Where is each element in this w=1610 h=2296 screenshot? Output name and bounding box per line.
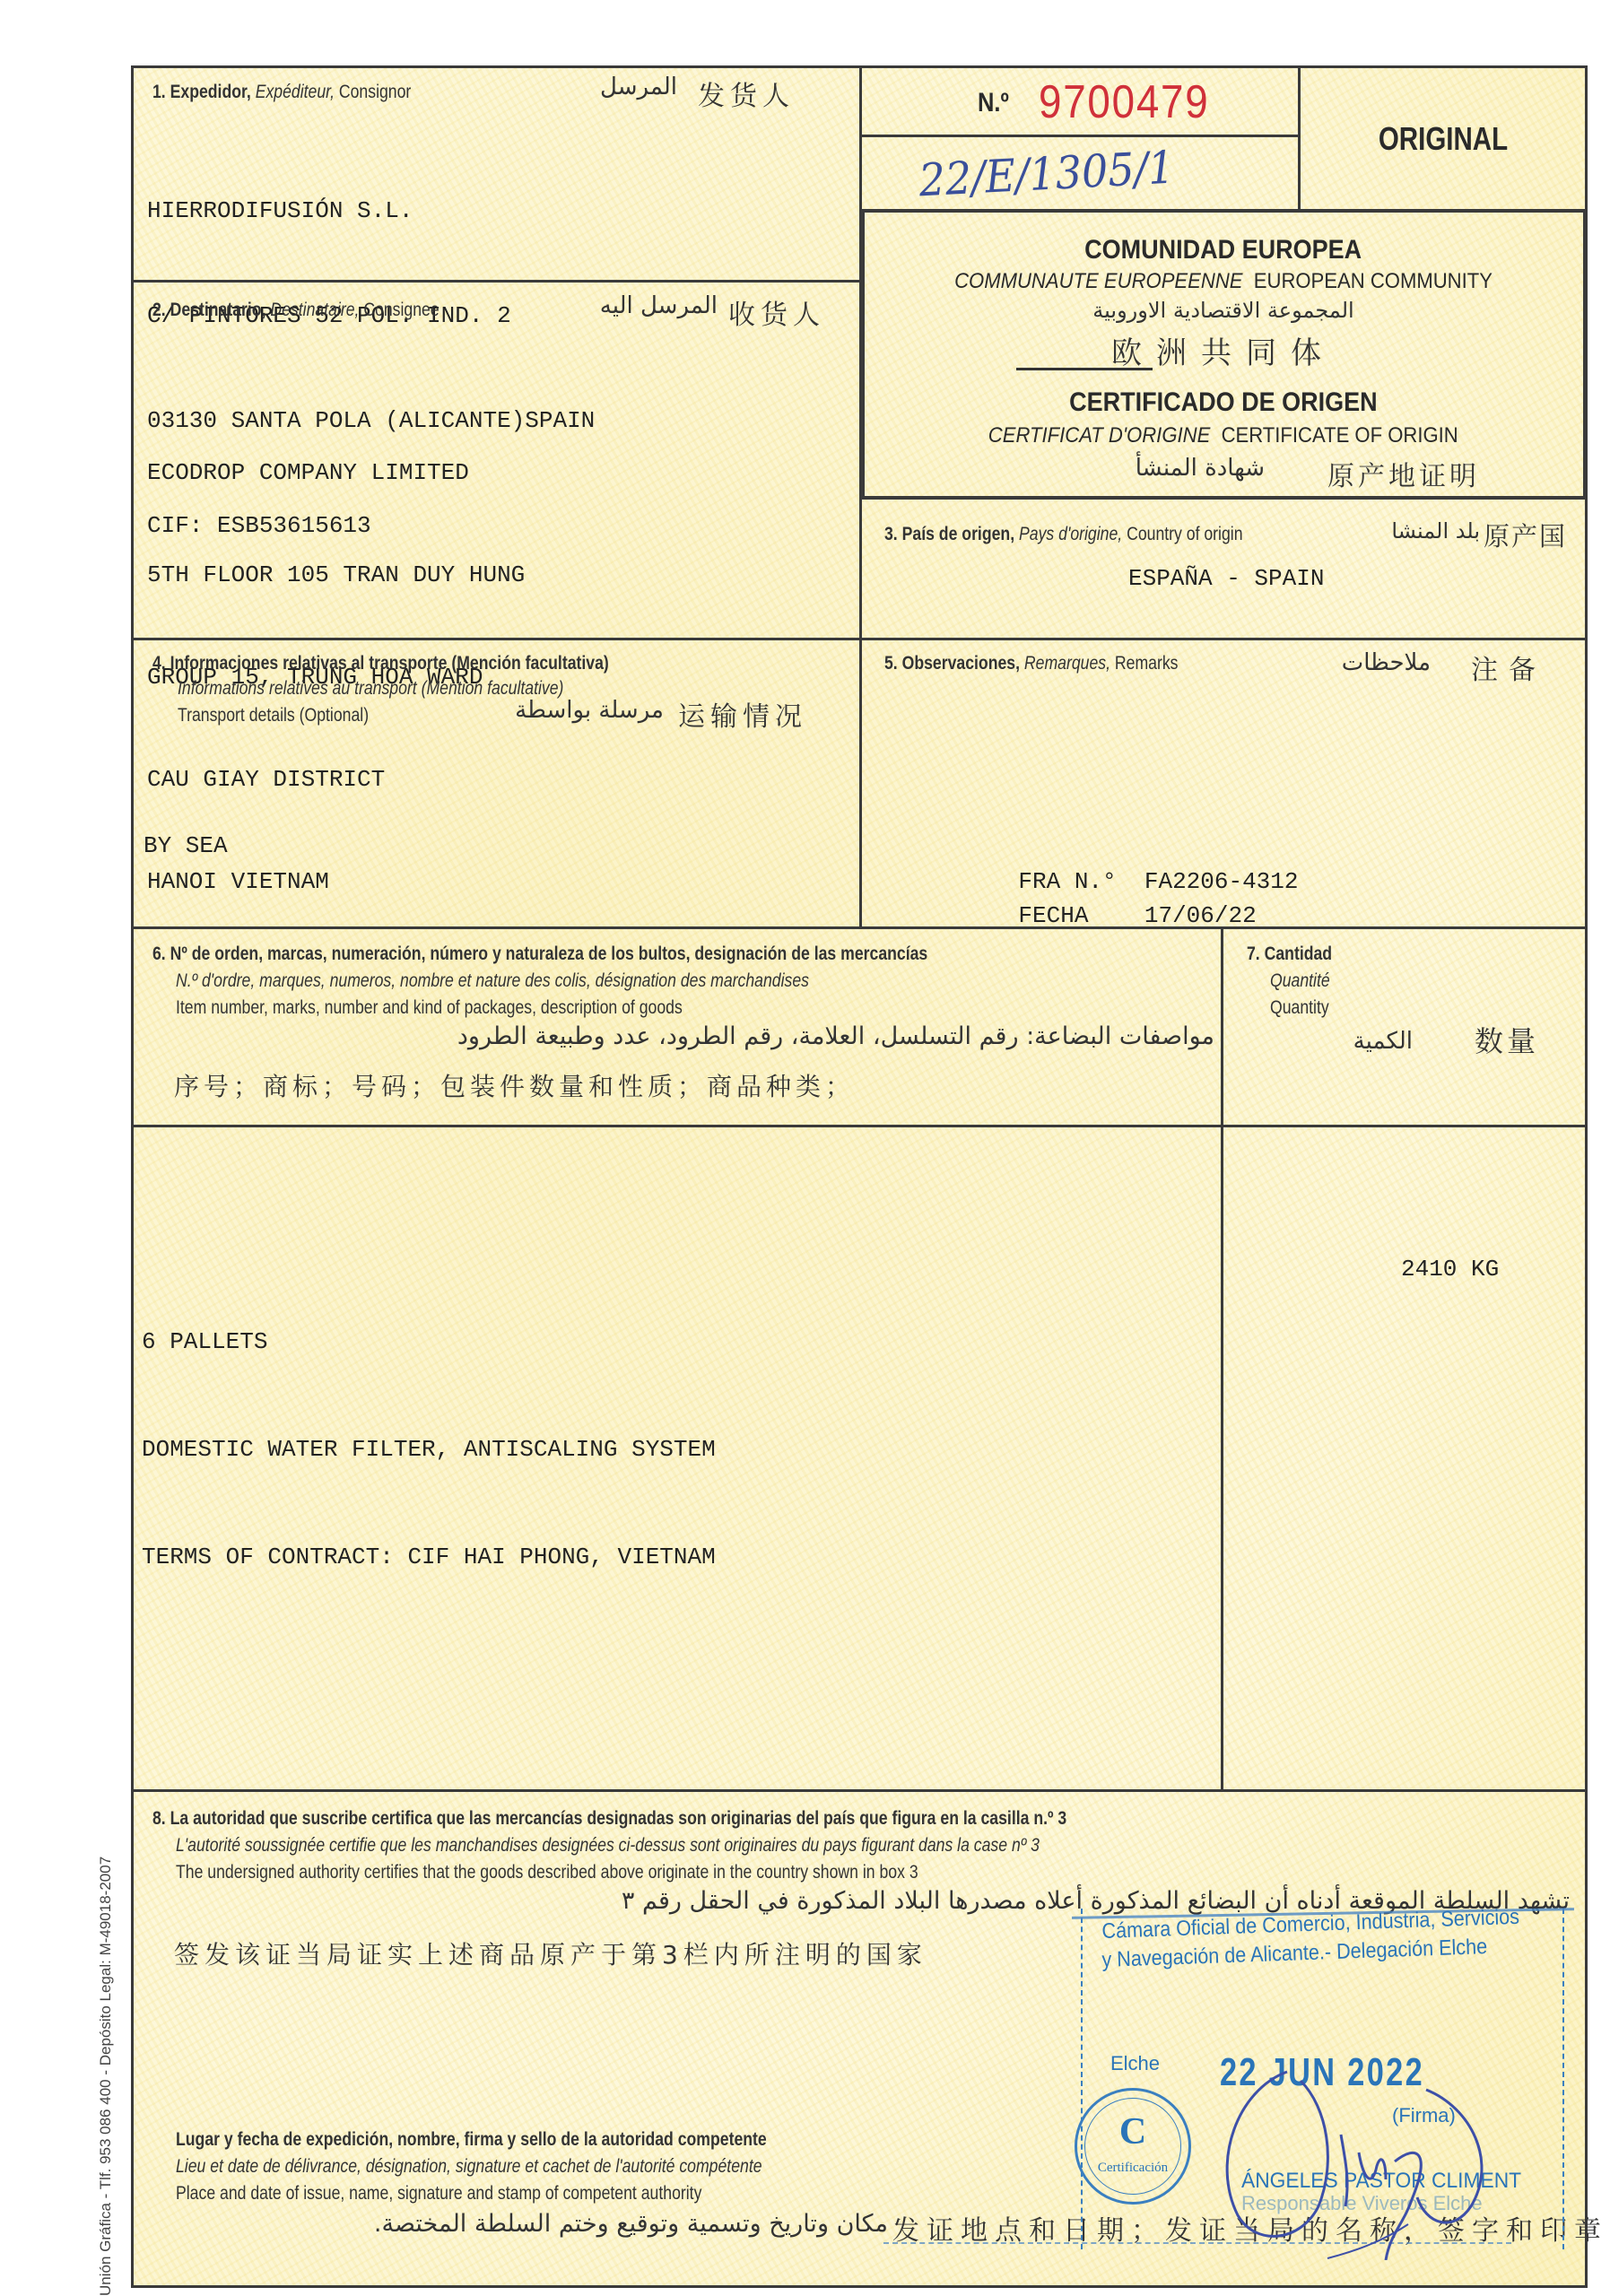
box-5-label-chinese: 注备 bbox=[1471, 648, 1546, 687]
box-3-label-arabic: بلد المنشا bbox=[1332, 518, 1480, 544]
box-4-label-chinese: 运输情况 bbox=[678, 694, 807, 734]
title-certificate: CERTIFICADO DE ORIGEN bbox=[865, 387, 1582, 418]
box-2-label-arabic: المرسل اليه bbox=[525, 292, 718, 319]
place-date-label-arabic: مكان وتاريخ وتسمية وتوقيع وختم السلطة ال… bbox=[135, 2210, 888, 2238]
invoice-date: 17/06/22 bbox=[1144, 902, 1257, 929]
goods-description: 6 PALLETS DOMESTIC WATER FILTER, ANTISCA… bbox=[142, 1252, 716, 1647]
transport-details-value: BY SEA bbox=[144, 829, 228, 864]
title-community-translations: COMMUNAUTE EUROPEENNE EUROPEAN COMMUNITY bbox=[865, 269, 1582, 294]
box-5-label-arabic: ملاحظات bbox=[1269, 649, 1431, 676]
box-3-label-chinese: 原产国 bbox=[1484, 517, 1567, 553]
title-certificate-arabic: شهادة المنشأ bbox=[942, 455, 1265, 482]
country-of-origin-value: ESPAÑA - SPAIN bbox=[1128, 561, 1324, 596]
consignee-city-country: HANOI VIETNAM bbox=[147, 865, 525, 899]
box-1-label-chinese: 发货人 bbox=[698, 74, 795, 113]
quantity-value: 2410 KG bbox=[1401, 1252, 1499, 1287]
printer-margin-note: Unión Gráfica - Tlf. 953 086 400 - Depós… bbox=[97, 1857, 115, 2296]
place-date-label-fr: Lieu et date de délivrance, désignation,… bbox=[176, 2156, 762, 2178]
consignee-address: ECODROP COMPANY LIMITED 5TH FLOOR 105 TR… bbox=[147, 387, 525, 967]
box-7-label: 7. Cantidad bbox=[1247, 944, 1332, 965]
consignor-name: HIERRODIFUSIÓN S.L. bbox=[147, 194, 595, 229]
box-8-label: 8. La autoridad que suscribe certifica q… bbox=[152, 1808, 1066, 1830]
certification-seal: C Certificación bbox=[1075, 2088, 1191, 2205]
signature-scribble bbox=[1202, 2054, 1507, 2260]
number-prefix: N.º bbox=[978, 88, 1009, 118]
seal-c-icon: C bbox=[1077, 2110, 1188, 2153]
box-6-label-chinese: 序号；商标；号码；包装件数量和性质；商品种类； bbox=[174, 1067, 855, 1103]
title-underline bbox=[1016, 368, 1153, 370]
place-date-label-en: Place and date of issue, name, signature… bbox=[176, 2183, 701, 2205]
box-7-label-fr: Quantité bbox=[1270, 970, 1330, 992]
box-6-label-en: Item number, marks, number and kind of p… bbox=[176, 997, 683, 1019]
box-6-label-arabic: مواصفات البضاعة: رقم التسلسل، العلامة، ر… bbox=[145, 1022, 1214, 1050]
box-1-label-arabic: المرسل bbox=[489, 74, 677, 100]
box-4-label-en: Transport details (Optional) bbox=[178, 705, 369, 726]
invoice-date-label: FECHA bbox=[1018, 902, 1088, 929]
package-count: 6 PALLETS bbox=[142, 1324, 716, 1360]
invoice-date-row: FECHA 17/06/22 bbox=[962, 864, 1257, 969]
box-7-label-en: Quantity bbox=[1270, 997, 1329, 1019]
box-8-cert-fr: L'autorité soussignée certifie que les m… bbox=[176, 1835, 1040, 1857]
box-1-label: 1. Expedidor, Expéditeur, Consignor bbox=[152, 82, 411, 103]
box-2-label: 2. Destinatario, Destinataire, Consignee bbox=[152, 300, 439, 321]
title-community: COMUNIDAD EUROPEA bbox=[865, 235, 1582, 265]
box-6-label: 6. Nº de orden, marcas, numeración, núme… bbox=[152, 944, 927, 965]
contract-terms: TERMS OF CONTRACT: CIF HAI PHONG, VIETNA… bbox=[142, 1539, 716, 1575]
box-8-cert-en: The undersigned authority certifies that… bbox=[176, 1862, 918, 1883]
consignee-district: CAU GIAY DISTRICT bbox=[147, 762, 525, 796]
consignee-name: ECODROP COMPANY LIMITED bbox=[147, 456, 525, 490]
copy-type-original: ORIGINAL bbox=[1301, 120, 1586, 158]
box-7-label-arabic: الكمية bbox=[1278, 1028, 1413, 1055]
box-8-cert-chinese: 签发该证当局证实上述商品原产于第3栏内所注明的国家 bbox=[174, 1935, 927, 1971]
stamp-place: Elche bbox=[1110, 2052, 1160, 2075]
box-6-label-fr: N.º d'ordre, marques, numeros, nombre et… bbox=[176, 970, 809, 992]
goods-name: DOMESTIC WATER FILTER, ANTISCALING SYSTE… bbox=[142, 1431, 716, 1467]
box-7-label-chinese: 数量 bbox=[1475, 1019, 1539, 1060]
seal-text: Certificación bbox=[1077, 2161, 1188, 2176]
box-2-label-chinese: 收货人 bbox=[728, 292, 825, 332]
title-certificate-translations: CERTIFICAT D'ORIGINE CERTIFICATE OF ORIG… bbox=[865, 423, 1582, 448]
title-community-arabic: المجموعة الاقتصادية الاوروبية bbox=[865, 298, 1582, 323]
box-3-label: 3. País de origen, Pays d'origine, Count… bbox=[884, 524, 1243, 545]
place-date-label-es: Lugar y fecha de expedición, nombre, fir… bbox=[176, 2129, 767, 2151]
title-community-chinese: 欧洲共同体 bbox=[865, 328, 1582, 372]
title-certificate-chinese: 原产地证明 bbox=[1327, 454, 1480, 493]
consignee-street: 5TH FLOOR 105 TRAN DUY HUNG bbox=[147, 558, 525, 592]
box-4-label-arabic: مرسلة بواسطة bbox=[435, 697, 664, 724]
box-5-label: 5. Observaciones, Remarques, Remarks bbox=[884, 653, 1178, 674]
certificate-number: 9700479 bbox=[1039, 75, 1209, 129]
box-4-label: 4. Informaciones relativas al transporte… bbox=[152, 653, 609, 674]
